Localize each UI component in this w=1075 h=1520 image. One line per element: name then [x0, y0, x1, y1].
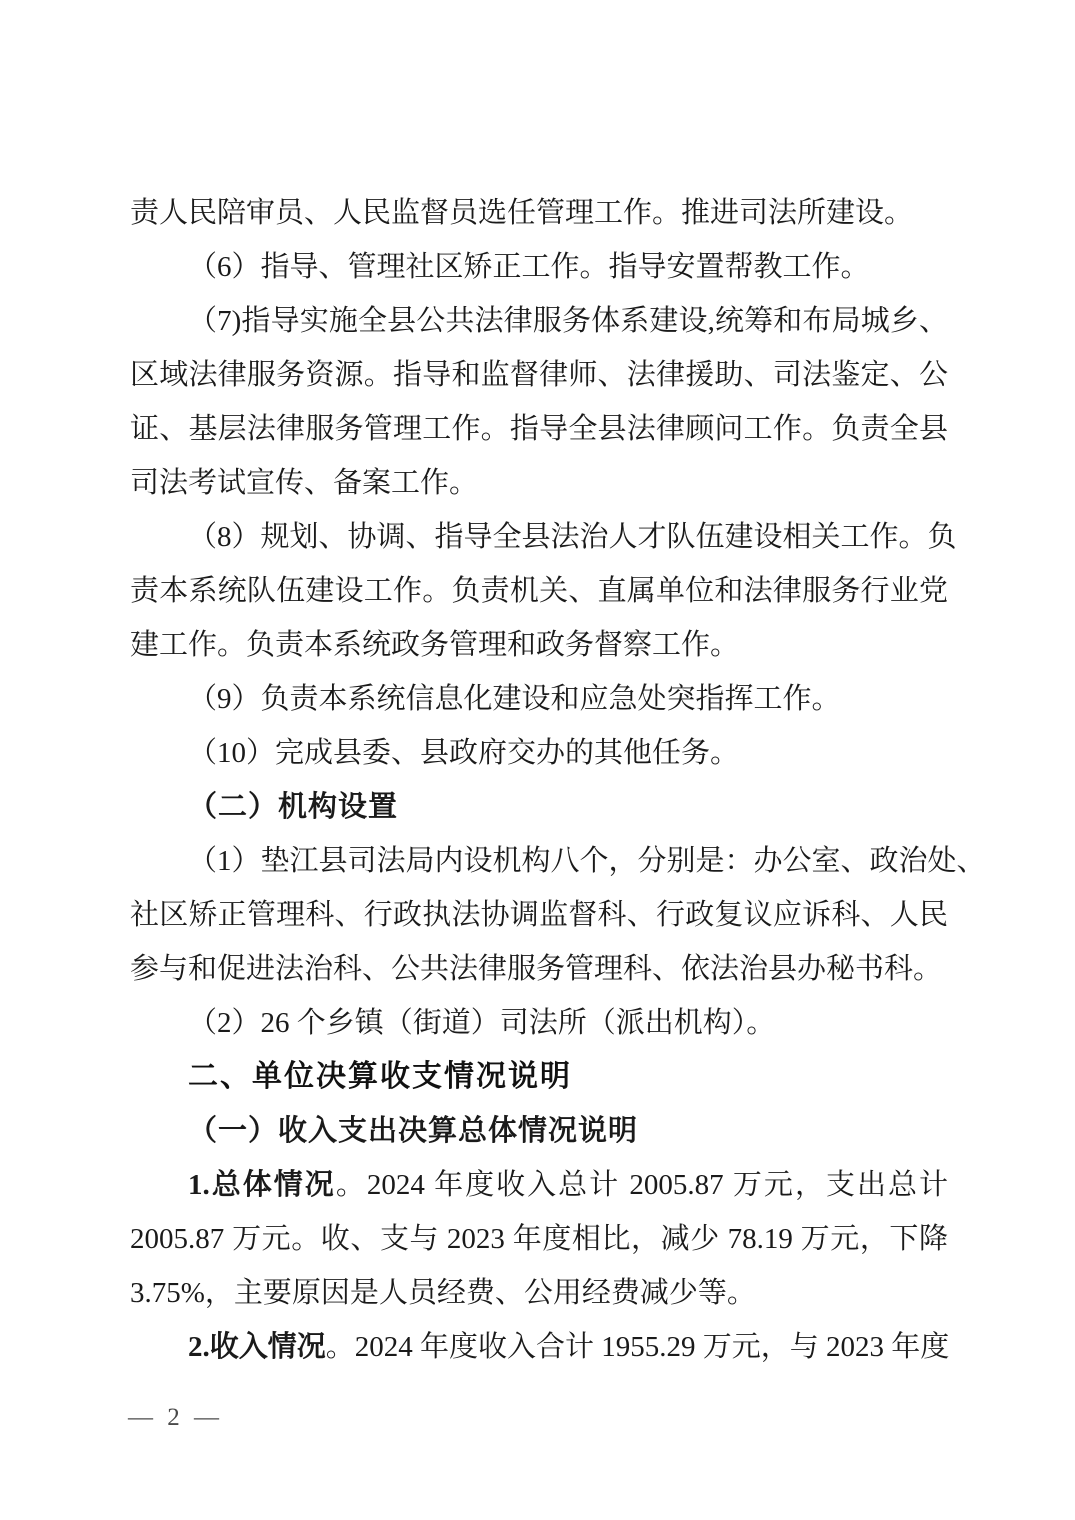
doc-line: （6）指导、管理社区矫正工作。指导安置帮教工作。: [130, 240, 948, 294]
doc-line: 责人民陪审员、人民监督员选任管理工作。推进司法所建设。: [130, 186, 948, 240]
doc-line: 责本系统队伍建设工作。负责机关、直属单位和法律服务行业党: [130, 564, 948, 618]
doc-line: 参与和促进法治科、公共法律服务管理科、依法治县办秘书科。: [130, 942, 948, 996]
doc-line: 3.75%，主要原因是人员经费、公用经费减少等。: [130, 1266, 948, 1320]
doc-line-text: 。2024 年度收入总计 2005.87 万元，支出总计: [336, 1169, 948, 1201]
section-heading-budget: 二、单位决算收支情况说明: [130, 1050, 948, 1104]
bold-lead-overall: 1.总体情况: [188, 1169, 336, 1201]
doc-line: （9）负责本系统信息化建设和应急处突指挥工作。: [130, 672, 948, 726]
subsection-heading-org: （二）机构设置: [130, 780, 948, 834]
doc-line: 区域法律服务资源。指导和监督律师、法律援助、司法鉴定、公: [130, 348, 948, 402]
page-number: — 2 —: [128, 1402, 219, 1434]
document-body: 责人民陪审员、人民监督员选任管理工作。推进司法所建设。 （6）指导、管理社区矫正…: [130, 186, 948, 1374]
doc-line: 证、基层法律服务管理工作。指导全县法律顾问工作。负责全县: [130, 402, 948, 456]
doc-line: 建工作。负责本系统政务管理和政务督察工作。: [130, 618, 948, 672]
doc-line: （1）垫江县司法局内设机构八个，分别是：办公室、政治处、: [130, 834, 948, 888]
bold-lead-income: 2.收入情况: [188, 1331, 326, 1363]
doc-line-text: 。2024 年度收入合计 1955.29 万元，与 2023 年度: [326, 1331, 950, 1363]
document-page: 责人民陪审员、人民监督员选任管理工作。推进司法所建设。 （6）指导、管理社区矫正…: [0, 0, 1075, 1520]
doc-line: 2.收入情况。2024 年度收入合计 1955.29 万元，与 2023 年度: [130, 1320, 948, 1374]
doc-line: （10）完成县委、县政府交办的其他任务。: [130, 726, 948, 780]
doc-line: 社区矫正管理科、行政执法协调监督科、行政复议应诉科、人民: [130, 888, 948, 942]
doc-line: 1.总体情况。2024 年度收入总计 2005.87 万元，支出总计: [130, 1158, 948, 1212]
doc-line: （2）26 个乡镇（街道）司法所（派出机构）。: [130, 996, 948, 1050]
doc-line: （8）规划、协调、指导全县法治人才队伍建设相关工作。负: [130, 510, 948, 564]
doc-line: 司法考试宣传、备案工作。: [130, 456, 948, 510]
subsection-heading-overview: （一）收入支出决算总体情况说明: [130, 1104, 948, 1158]
doc-line: （7)指导实施全县公共法律服务体系建设,统筹和布局城乡、: [130, 294, 948, 348]
doc-line: 2005.87 万元。收、支与 2023 年度相比，减少 78.19 万元，下降: [130, 1212, 948, 1266]
